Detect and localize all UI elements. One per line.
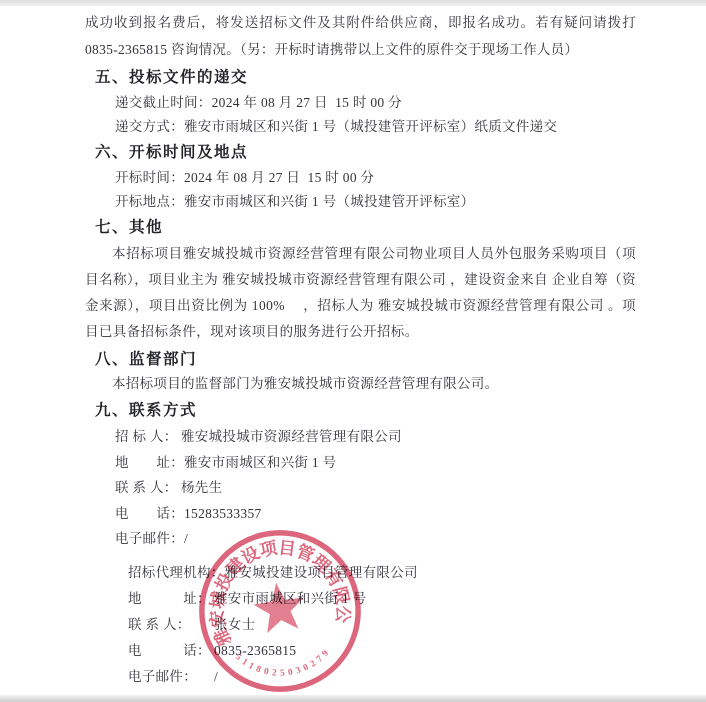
field-label: 电 话：	[128, 638, 214, 664]
submission-rows: 递交截止时间：2024 年 08 月 27 日 15 时 00 分 递交方式：雅…	[115, 91, 636, 138]
field-label: 电 话：	[115, 501, 184, 527]
agency-name-row: 招标代理机构：雅安城投建设项目管理有限公司	[128, 560, 636, 586]
field-label: 联 系 人：	[115, 475, 181, 501]
field-value: /	[184, 531, 188, 546]
agency-contact-block: 招标代理机构：雅安城投建设项目管理有限公司 地 址：雅安市雨城区和兴街 1 号 …	[128, 560, 636, 690]
section-heading-bid-opening: 六、开标时间及地点	[95, 141, 636, 164]
agency-person-row: 联 系 人：张女士	[128, 612, 636, 638]
section-heading-supervision: 八、监督部门	[95, 348, 636, 371]
field-label: 递交截止时间：	[115, 95, 212, 110]
field-value: 2024 年 08 月 27 日 15 时 00 分	[184, 170, 374, 185]
field-value: 0835-2365815	[214, 643, 296, 658]
bidder-phone-row: 电 话：15283533357	[115, 501, 636, 527]
field-value: 张女士	[214, 617, 255, 632]
agency-email-row: 电子邮件：/	[128, 664, 636, 690]
field-value: /	[214, 669, 218, 684]
bid-opening-rows: 开标时间：2024 年 08 月 27 日 15 时 00 分 开标地点：雅安市…	[115, 166, 636, 213]
bidder-name-row: 招 标 人：雅安城投城市资源经营管理有限公司	[115, 424, 636, 450]
supervision-paragraph: 本招标项目的监督部门为雅安城投城市资源经营管理有限公司。	[85, 372, 636, 396]
field-value: 雅安城投城市资源经营管理有限公司	[181, 429, 402, 444]
field-label: 开标地点：	[115, 194, 184, 209]
agency-phone-row: 电 话：0835-2365815	[128, 638, 636, 664]
document-page: 成功收到报名费后，将发送招标文件及其附件给供应商，即报名成功。若有疑问请拨打 0…	[0, 0, 706, 702]
scan-edge-top	[0, 0, 706, 6]
section-heading-other: 七、其他	[95, 216, 636, 239]
opening-time-row: 开标时间：2024 年 08 月 27 日 15 时 00 分	[115, 166, 636, 190]
intro-paragraph: 成功收到报名费后，将发送招标文件及其附件给供应商，即报名成功。若有疑问请拨打 0…	[85, 9, 636, 63]
section-heading-submission: 五、投标文件的递交	[95, 66, 636, 89]
field-value: 雅安市雨城区和兴街 1 号（城投建管开评标室）	[184, 194, 474, 209]
field-value: 雅安市雨城区和兴街 1 号	[184, 455, 336, 470]
field-value: 15283533357	[184, 506, 262, 521]
bidder-email-row: 电子邮件：/	[115, 526, 636, 552]
field-value: 2024 年 08 月 27 日 15 时 00 分	[212, 95, 402, 110]
field-label: 电子邮件：	[128, 664, 214, 690]
field-label: 电子邮件：	[115, 526, 184, 552]
scan-edge-bottom	[0, 695, 706, 702]
other-paragraph: 本招标项目雅安城投城市资源经营管理有限公司物业项目人员外包服务采购项目（项目名称…	[85, 241, 636, 345]
bidder-person-row: 联 系 人：杨先生	[115, 475, 636, 501]
agency-address-row: 地 址：雅安市雨城区和兴街 1 号	[128, 586, 636, 612]
field-value: 雅安市雨城区和兴街 1 号	[214, 591, 366, 606]
field-value: 杨先生	[181, 480, 222, 495]
submission-method-row: 递交方式：雅安市雨城区和兴街 1 号（城投建管开评标室）纸质文件递交	[115, 115, 636, 139]
section-heading-contact: 九、联系方式	[95, 399, 636, 422]
bidder-contact-block: 招 标 人：雅安城投城市资源经营管理有限公司 地 址：雅安市雨城区和兴街 1 号…	[115, 424, 636, 552]
field-label: 招标代理机构：	[128, 560, 225, 586]
field-label: 开标时间：	[115, 170, 184, 185]
bidder-address-row: 地 址：雅安市雨城区和兴街 1 号	[115, 450, 636, 476]
opening-place-row: 开标地点：雅安市雨城区和兴街 1 号（城投建管开评标室）	[115, 190, 636, 214]
field-value: 雅安城投建设项目管理有限公司	[225, 565, 418, 580]
field-value: 雅安市雨城区和兴街 1 号（城投建管开评标室）纸质文件递交	[184, 119, 557, 134]
field-label: 地 址：	[128, 586, 214, 612]
field-label: 联 系 人：	[128, 612, 214, 638]
field-label: 递交方式：	[115, 119, 184, 134]
field-label: 地 址：	[115, 450, 184, 476]
field-label: 招 标 人：	[115, 424, 181, 450]
submission-deadline-row: 递交截止时间：2024 年 08 月 27 日 15 时 00 分	[115, 91, 636, 115]
